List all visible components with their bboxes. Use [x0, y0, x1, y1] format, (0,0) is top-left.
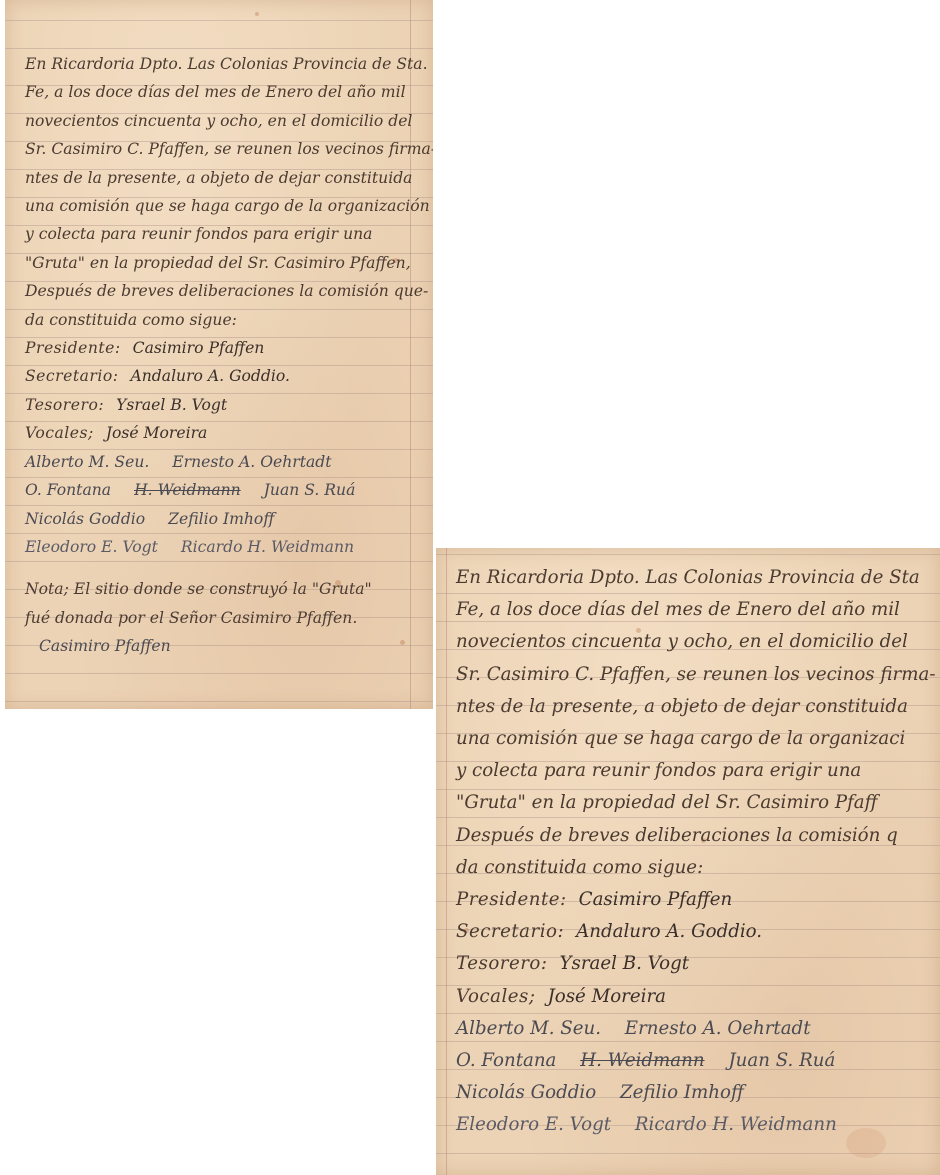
signature-row: Eleodoro E. Vogt Ricardo H. Weidmann — [25, 533, 433, 561]
body-line: Sr. Casimiro C. Pfaffen, se reunen los v… — [25, 135, 433, 163]
officer-secretary: Secretario:Andaluro A. Goddio. — [456, 916, 935, 948]
signature: Nicolás Goddio — [25, 510, 145, 528]
signature: Ricardo H. Weidmann — [181, 538, 354, 556]
officer-signature: Andaluro A. Goddio. — [130, 367, 289, 385]
officer-role: Vocales; — [25, 424, 94, 442]
signature: Zefilio Imhoff — [168, 510, 274, 528]
body-line: una comisión que se haga cargo de la org… — [25, 192, 433, 220]
note-signature: Casimiro Pfaffen — [25, 632, 433, 660]
body-line: da constituida como sigue: — [456, 852, 935, 884]
officer-president: Presidente:Casimiro Pfaffen — [456, 884, 935, 916]
body-line: En Ricardoria Dpto. Las Colonias Provinc… — [25, 50, 433, 78]
officer-president: Presidente:Casimiro Pfaffen — [25, 334, 433, 362]
body-line: Después de breves deliberaciones la comi… — [456, 820, 935, 852]
officer-role: Presidente: — [25, 339, 121, 357]
officer-role: Tesorero: — [456, 953, 548, 974]
officer-treasurer: Tesorero:Ysrael B. Vogt — [456, 948, 935, 980]
body-line: y colecta para reunir fondos para erigir… — [25, 220, 433, 248]
body-line: Sr. Casimiro C. Pfaffen, se reunen los v… — [456, 659, 935, 691]
officer-signature: Casimiro Pfaffen — [579, 889, 733, 910]
stain — [255, 12, 259, 16]
body-line: "Gruta" en la propiedad del Sr. Casimiro… — [456, 787, 935, 819]
signature: O. Fontana — [25, 481, 111, 499]
officer-signature: José Moreira — [547, 986, 666, 1007]
note-line: Nota; El sitio donde se construyó la "Gr… — [25, 575, 433, 603]
margin-line — [446, 548, 447, 1175]
minutes-text: En Ricardoria Dpto. Las Colonias Provinc… — [456, 562, 935, 1142]
officer-role: Tesorero: — [25, 396, 104, 414]
document-page-right: En Ricardoria Dpto. Las Colonias Provinc… — [436, 548, 940, 1175]
body-line: novecientos cincuenta y ocho, en el domi… — [456, 626, 935, 658]
signature: Alberto M. Seu. — [456, 1018, 601, 1039]
officer-signature: Ysrael B. Vogt — [560, 953, 690, 974]
officer-signature: Ysrael B. Vogt — [116, 396, 227, 414]
signature: Ricardo H. Weidmann — [635, 1114, 837, 1135]
signature: Ernesto A. Oehrtadt — [172, 453, 331, 471]
minutes-text: En Ricardoria Dpto. Las Colonias Provinc… — [25, 50, 433, 661]
officer-role: Vocales; — [456, 986, 535, 1007]
signature-row: Alberto M. Seu. Ernesto A. Oehrtadt — [456, 1013, 935, 1045]
signature-row: O. Fontana H. Weidmann Juan S. Ruá — [25, 476, 433, 504]
signature: Zefilio Imhoff — [620, 1082, 744, 1103]
signature-row: Eleodoro E. Vogt Ricardo H. Weidmann — [456, 1109, 935, 1141]
signature: Juan S. Ruá — [728, 1050, 835, 1071]
signature: O. Fontana — [456, 1050, 556, 1071]
body-line: "Gruta" en la propiedad del Sr. Casimiro… — [25, 249, 433, 277]
signature: H. Weidmann — [134, 481, 241, 499]
signature-row: Nicolás Goddio Zefilio Imhoff — [456, 1077, 935, 1109]
signature-row: Nicolás Goddio Zefilio Imhoff — [25, 505, 433, 533]
officer-signature: José Moreira — [106, 424, 208, 442]
officer-role: Presidente: — [456, 889, 567, 910]
signature: Alberto M. Seu. — [25, 453, 149, 471]
officer-role: Secretario: — [25, 367, 118, 385]
officer-signature: Casimiro Pfaffen — [133, 339, 265, 357]
officer-role: Secretario: — [456, 921, 564, 942]
body-line: ntes de la presente, a objeto de dejar c… — [456, 691, 935, 723]
signature-row: O. Fontana H. Weidmann Juan S. Ruá — [456, 1045, 935, 1077]
body-line: ntes de la presente, a objeto de dejar c… — [25, 164, 433, 192]
signature: Eleodoro E. Vogt — [25, 538, 158, 556]
officer-vocales: Vocales;José Moreira — [25, 419, 433, 447]
signature: Nicolás Goddio — [456, 1082, 596, 1103]
note-line: fué donada por el Señor Casimiro Pfaffen… — [25, 604, 433, 632]
document-page-left: En Ricardoria Dpto. Las Colonias Provinc… — [5, 0, 433, 709]
signature-row: Alberto M. Seu. Ernesto A. Oehrtadt — [25, 448, 433, 476]
signature: H. Weidmann — [580, 1050, 704, 1071]
body-line: Después de breves deliberaciones la comi… — [25, 277, 433, 305]
body-line: novecientos cincuenta y ocho, en el domi… — [25, 107, 433, 135]
officer-signature: Andaluro A. Goddio. — [576, 921, 762, 942]
body-line: Fe, a los doce días del mes de Enero del… — [456, 594, 935, 626]
body-line: En Ricardoria Dpto. Las Colonias Provinc… — [456, 562, 935, 594]
officer-secretary: Secretario:Andaluro A. Goddio. — [25, 362, 433, 390]
body-line: da constituida como sigue: — [25, 306, 433, 334]
body-line: una comisión que se haga cargo de la org… — [456, 723, 935, 755]
spacer — [25, 561, 433, 575]
body-line: Fe, a los doce días del mes de Enero del… — [25, 78, 433, 106]
signature: Juan S. Ruá — [264, 481, 356, 499]
officer-treasurer: Tesorero:Ysrael B. Vogt — [25, 391, 433, 419]
signature: Eleodoro E. Vogt — [456, 1114, 611, 1135]
body-line: y colecta para reunir fondos para erigir… — [456, 755, 935, 787]
signature: Ernesto A. Oehrtadt — [625, 1018, 811, 1039]
officer-vocales: Vocales;José Moreira — [456, 981, 935, 1013]
